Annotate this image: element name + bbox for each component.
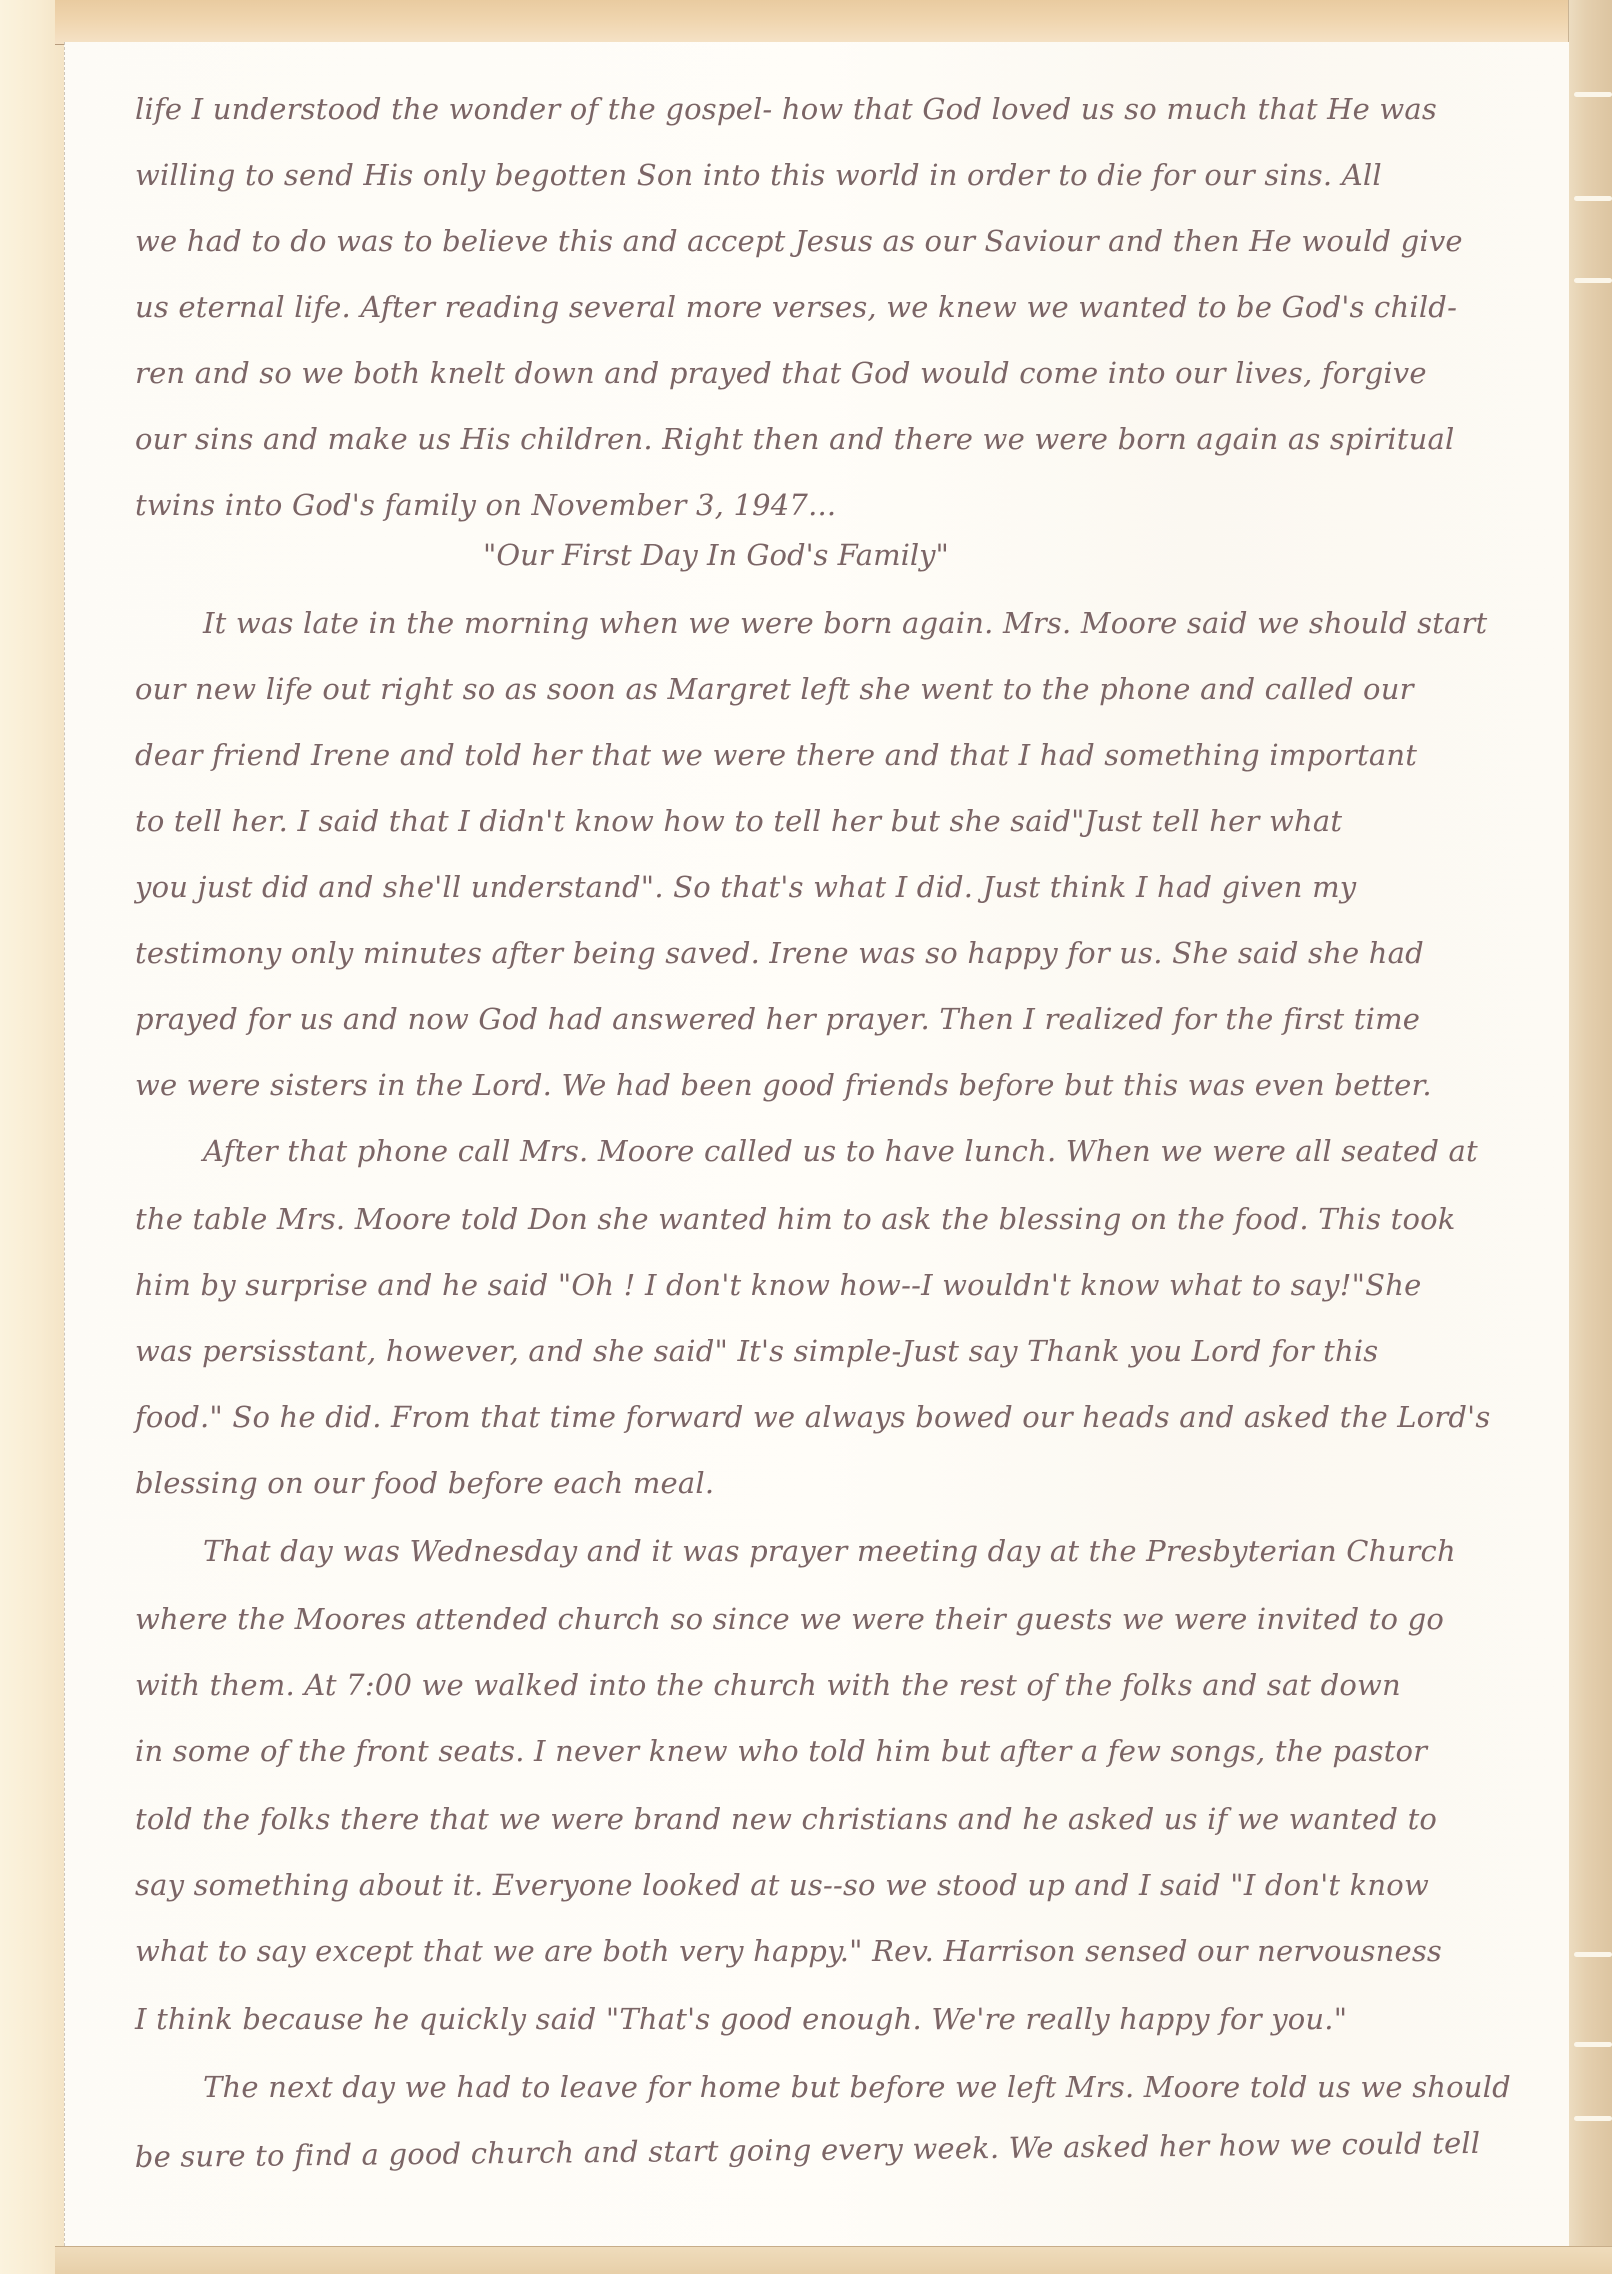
text-line: After that phone call Mrs. Moore called … [203, 1134, 1478, 1168]
text-line: dear friend Irene and told her that we w… [135, 738, 1417, 772]
text-line: the table Mrs. Moore told Don she wanted… [135, 1202, 1456, 1236]
binding-stripe [1574, 92, 1612, 97]
binding-stripe [1574, 1952, 1612, 1957]
typed-page: life I understood the wonder of the gosp… [64, 42, 1569, 2246]
binding-strip [1568, 0, 1612, 2274]
text-line: be sure to find a good church and start … [135, 2126, 1481, 2174]
binding-stripe [1574, 196, 1612, 201]
text-line: It was late in the morning when we were … [203, 606, 1487, 640]
text-line: food." So he did. From that time forward… [135, 1400, 1490, 1434]
text-line: him by surprise and he said "Oh ! I don'… [135, 1268, 1421, 1302]
text-line: with them. At 7:00 we walked into the ch… [135, 1668, 1401, 1702]
text-line: say something about it. Everyone looked … [135, 1868, 1429, 1902]
text-line: That day was Wednesday and it was prayer… [203, 1534, 1456, 1568]
text-line: what to say except that we are both very… [135, 1934, 1442, 1968]
text-line: ren and so we both knelt down and prayed… [135, 356, 1427, 390]
section-heading: "Our First Day In God's Family" [483, 538, 949, 572]
binding-stripe [1574, 2116, 1612, 2121]
text-line: I think because he quickly said "That's … [135, 2002, 1347, 2036]
text-line: we had to do was to believe this and acc… [135, 224, 1463, 258]
text-line: you just did and she'll understand". So … [135, 870, 1356, 904]
text-line: The next day we had to leave for home bu… [203, 2070, 1511, 2104]
binding-stripe [1574, 2042, 1612, 2047]
text-line: blessing on our food before each meal. [135, 1466, 714, 1500]
text-line: was persisstant, however, and she said" … [135, 1334, 1378, 1368]
binding-stripe [1574, 278, 1612, 283]
text-line: our sins and make us His children. Right… [135, 422, 1454, 456]
text-line: to tell her. I said that I didn't know h… [135, 804, 1342, 838]
text-line: life I understood the wonder of the gosp… [135, 92, 1437, 126]
text-line: told the folks there that we were brand … [135, 1802, 1437, 1836]
text-line: testimony only minutes after being saved… [135, 936, 1424, 970]
text-line: we were sisters in the Lord. We had been… [135, 1068, 1432, 1102]
text-line: our new life out right so as soon as Mar… [135, 672, 1414, 706]
text-line: in some of the front seats. I never knew… [135, 1734, 1427, 1768]
text-line: twins into God's family on November 3, 1… [135, 488, 836, 522]
text-line: willing to send His only begotten Son in… [135, 158, 1382, 192]
text-line: prayed for us and now God had answered h… [135, 1002, 1420, 1036]
text-line: us eternal life. After reading several m… [135, 290, 1457, 324]
bottom-border [55, 2246, 1612, 2274]
top-border-stain [55, 0, 1575, 45]
text-line: where the Moores attended church so sinc… [135, 1602, 1444, 1636]
